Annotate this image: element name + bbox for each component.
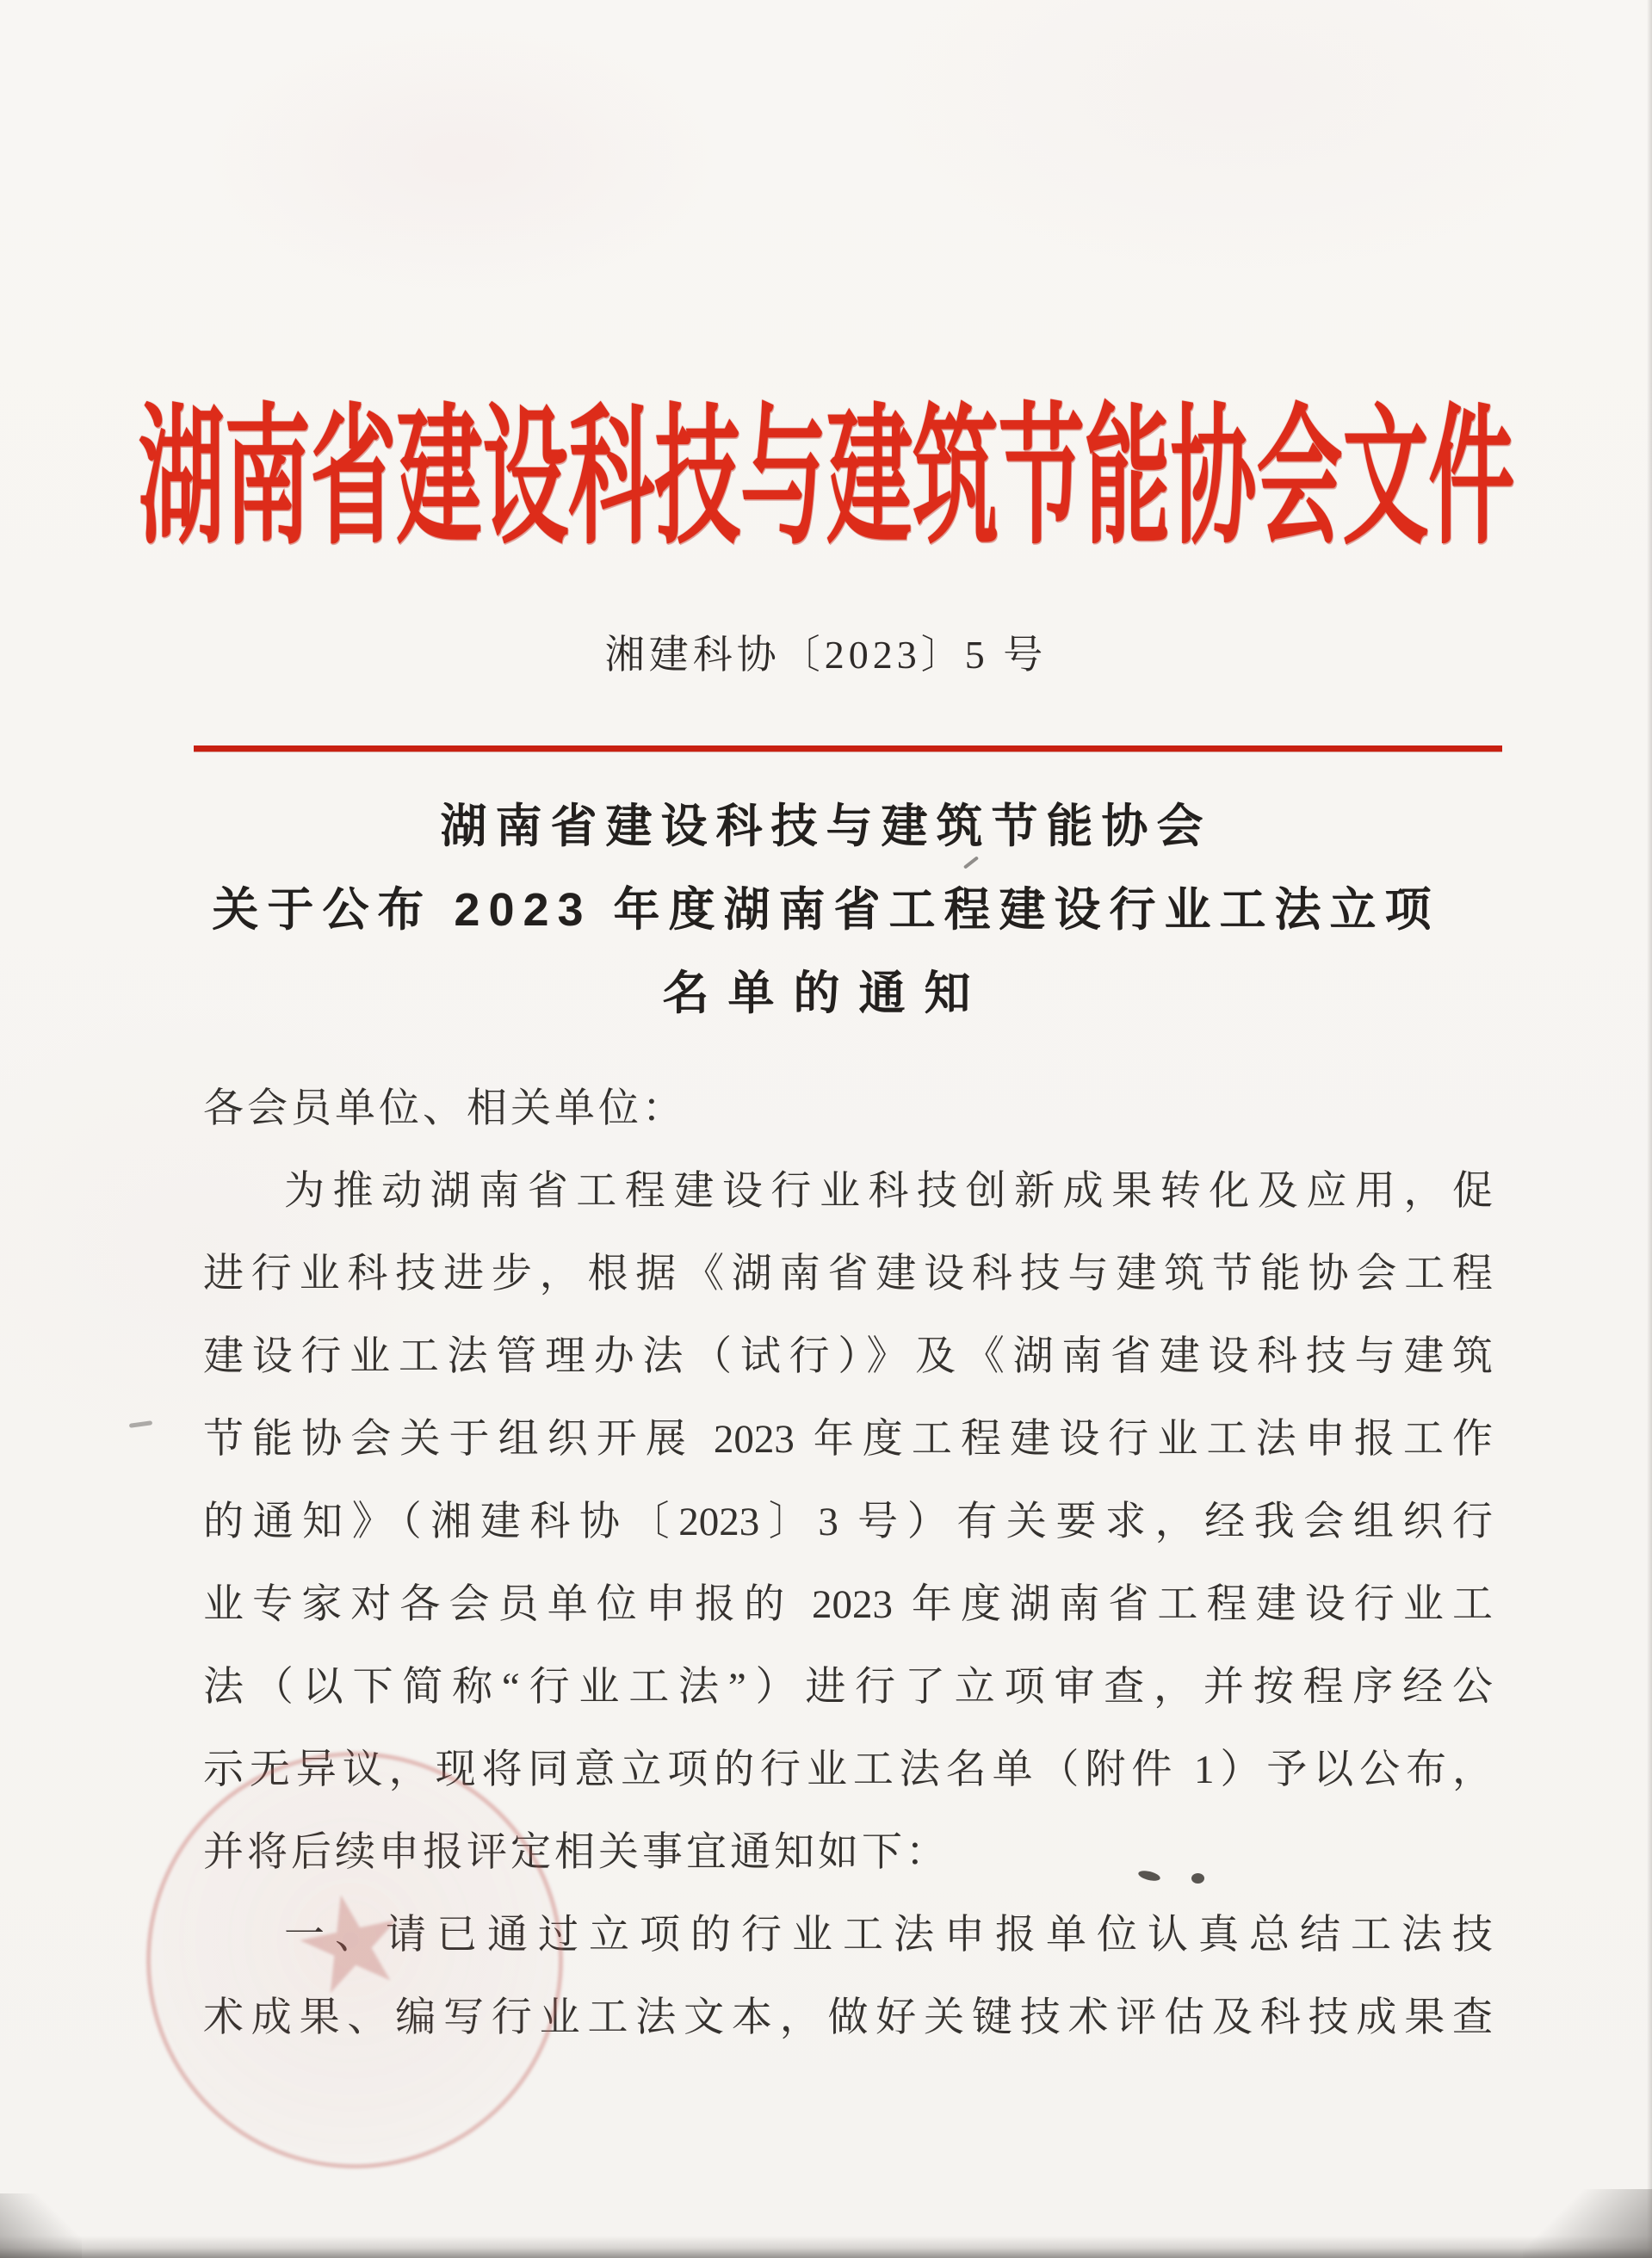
scan-edge-shadow-right	[1647, 0, 1652, 2258]
scanned-document-page: 湖南省建设科技与建筑节能协会文件 湘建科协〔2023〕5 号 湖南省建设科技与建…	[0, 0, 1652, 2258]
scan-edge-shadow-bottom	[0, 2236, 1652, 2258]
title-line-1: 湖南省建设科技与建筑节能协会	[0, 785, 1652, 869]
stray-pencil-mark	[129, 1420, 152, 1428]
title-line-3: 名单的通知	[0, 952, 1652, 1036]
scan-corner-shadow-left	[0, 2193, 82, 2258]
body-line: 的通知》（湘建科协〔2023〕3 号）有关要求，经我会组织行	[203, 1481, 1493, 1563]
letterhead-text: 湖南省建设科技与建筑节能协会文件	[138, 356, 1514, 573]
red-divider-rule	[194, 745, 1502, 752]
title-line-2: 关于公布 2023 年度湖南省工程建设行业工法立项	[0, 869, 1652, 952]
body-line: 法（以下简称“行业工法”）进行了立项审查，并按程序经公	[203, 1646, 1493, 1729]
stray-ink-dot	[1191, 1873, 1204, 1884]
body-line: 为推动湖南省工程建设行业科技创新成果转化及应用，促	[203, 1150, 1493, 1233]
salutation: 各会员单位、相关单位：	[203, 1067, 1493, 1150]
body-line: 进行业科技进步，根据《湖南省建设科技与建筑节能协会工程	[203, 1233, 1493, 1315]
scan-corner-shadow-right	[1523, 2189, 1652, 2258]
body-line: 业专家对各会员单位申报的 2023 年度湖南省工程建设行业工	[203, 1563, 1493, 1646]
document-title: 湖南省建设科技与建筑节能协会 关于公布 2023 年度湖南省工程建设行业工法立项…	[0, 785, 1652, 1036]
body-line: 建设行业工法管理办法（试行）》及《湖南省建设科技与建筑	[203, 1315, 1493, 1398]
body-line: 节能协会关于组织开展 2023 年度工程建设行业工法申报工作	[203, 1398, 1493, 1481]
document-number: 湘建科协〔2023〕5 号	[0, 623, 1652, 680]
seal-star-icon: ★	[281, 1868, 421, 2019]
red-letterhead: 湖南省建设科技与建筑节能协会文件	[0, 365, 1652, 565]
